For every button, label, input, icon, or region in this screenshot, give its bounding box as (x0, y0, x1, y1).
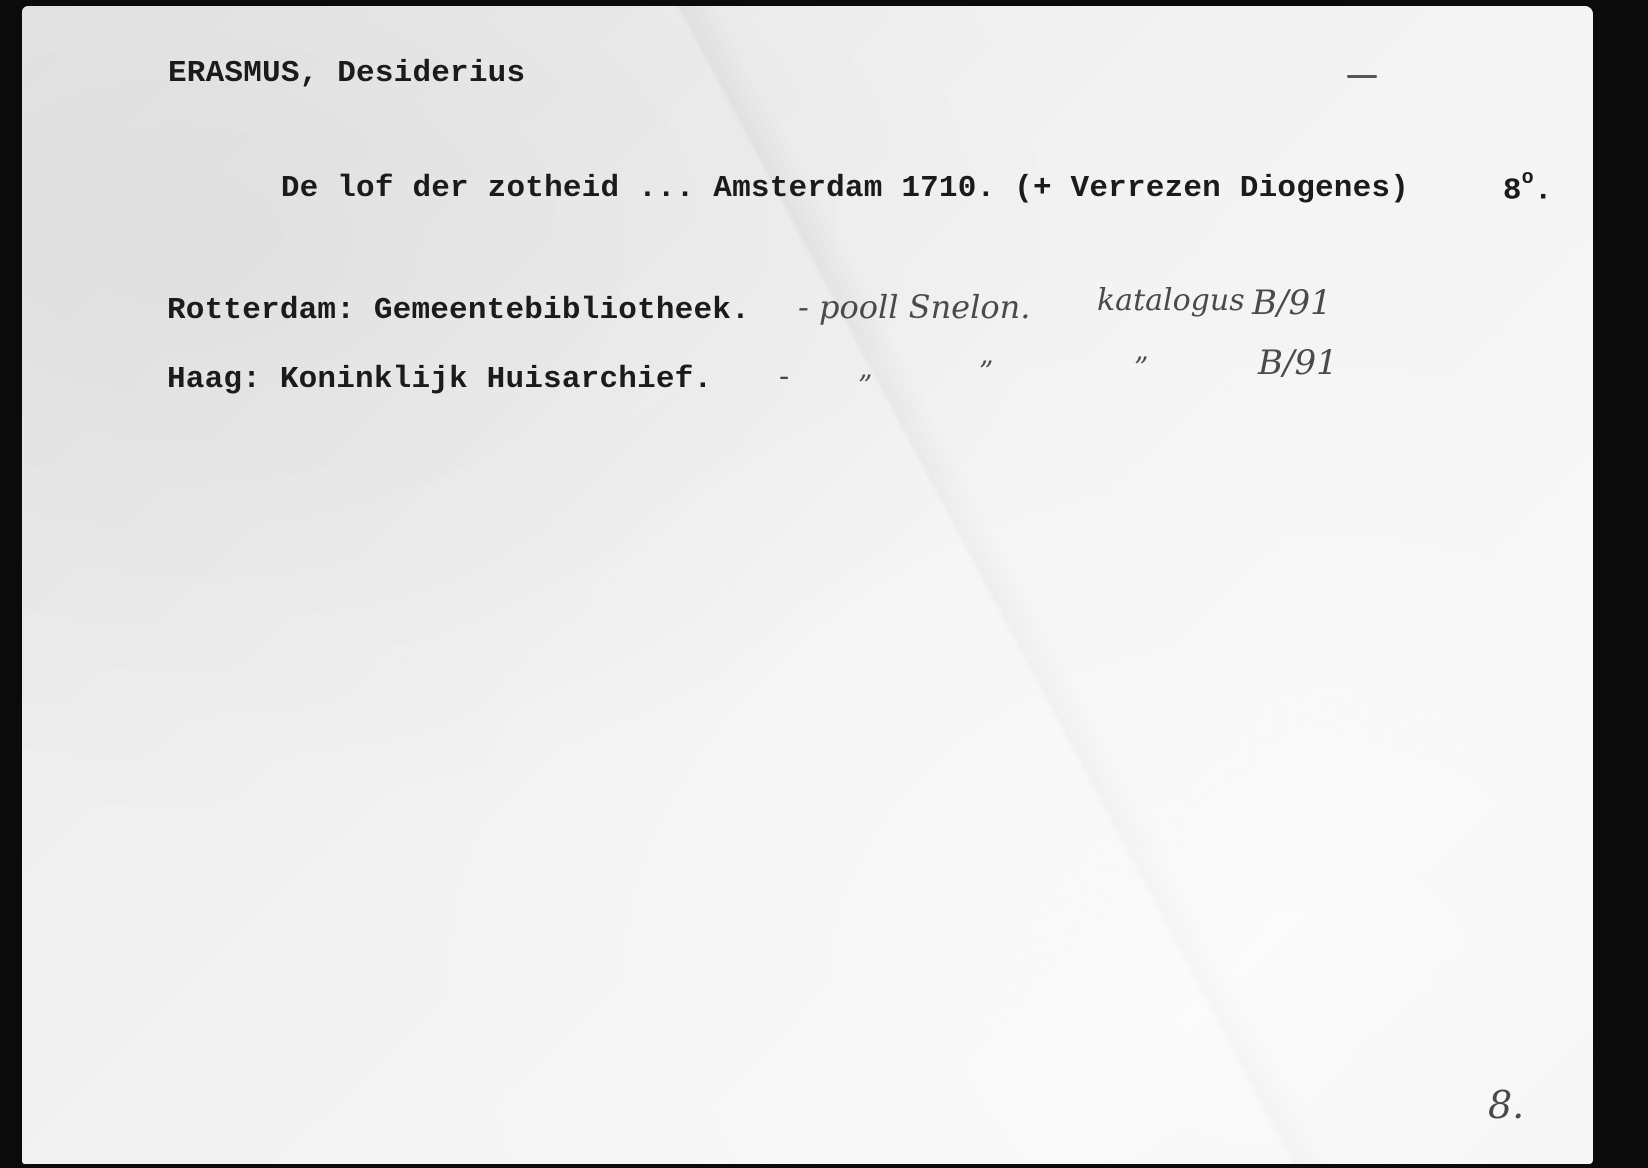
catalog-card: ERASMUS, Desiderius De lof der zotheid .… (22, 6, 1593, 1164)
top-right-dash-mark (1347, 75, 1377, 78)
format-number: 8 (1503, 173, 1522, 208)
ditto-mark-1: ” (858, 372, 872, 400)
title-text: De lof der zotheid ... Amsterdam 1710. (… (281, 171, 1409, 206)
holding-location-haag: Haag: Koninklijk Huisarchief. (167, 364, 712, 395)
format-designation: 8o. (1390, 142, 1553, 237)
handwritten-shelfmark-haag: B/91 (1258, 346, 1338, 380)
handwritten-shelfmark-rotterdam: B/91 (1252, 286, 1332, 320)
format-suffix: . (1534, 173, 1553, 208)
handwritten-corner-number: 8. (1488, 1086, 1524, 1124)
handwritten-annotation-rotterdam: - pooll Snelon. (798, 291, 1030, 323)
handwritten-catalog-note: katalogus (1097, 286, 1245, 316)
ditto-mark-2: ” (979, 358, 993, 386)
ditto-mark-3: ” (1134, 354, 1148, 382)
author-heading: ERASMUS, Desiderius (168, 58, 525, 89)
handwritten-dash-haag: - (779, 362, 789, 392)
scanned-catalog-card-image: ERASMUS, Desiderius De lof der zotheid .… (0, 0, 1648, 1168)
title-line: De lof der zotheid ... Amsterdam 1710. (… (168, 142, 1409, 235)
format-degree: o (1522, 167, 1534, 190)
holding-location-rotterdam: Rotterdam: Gemeentebibliotheek. (167, 295, 750, 326)
